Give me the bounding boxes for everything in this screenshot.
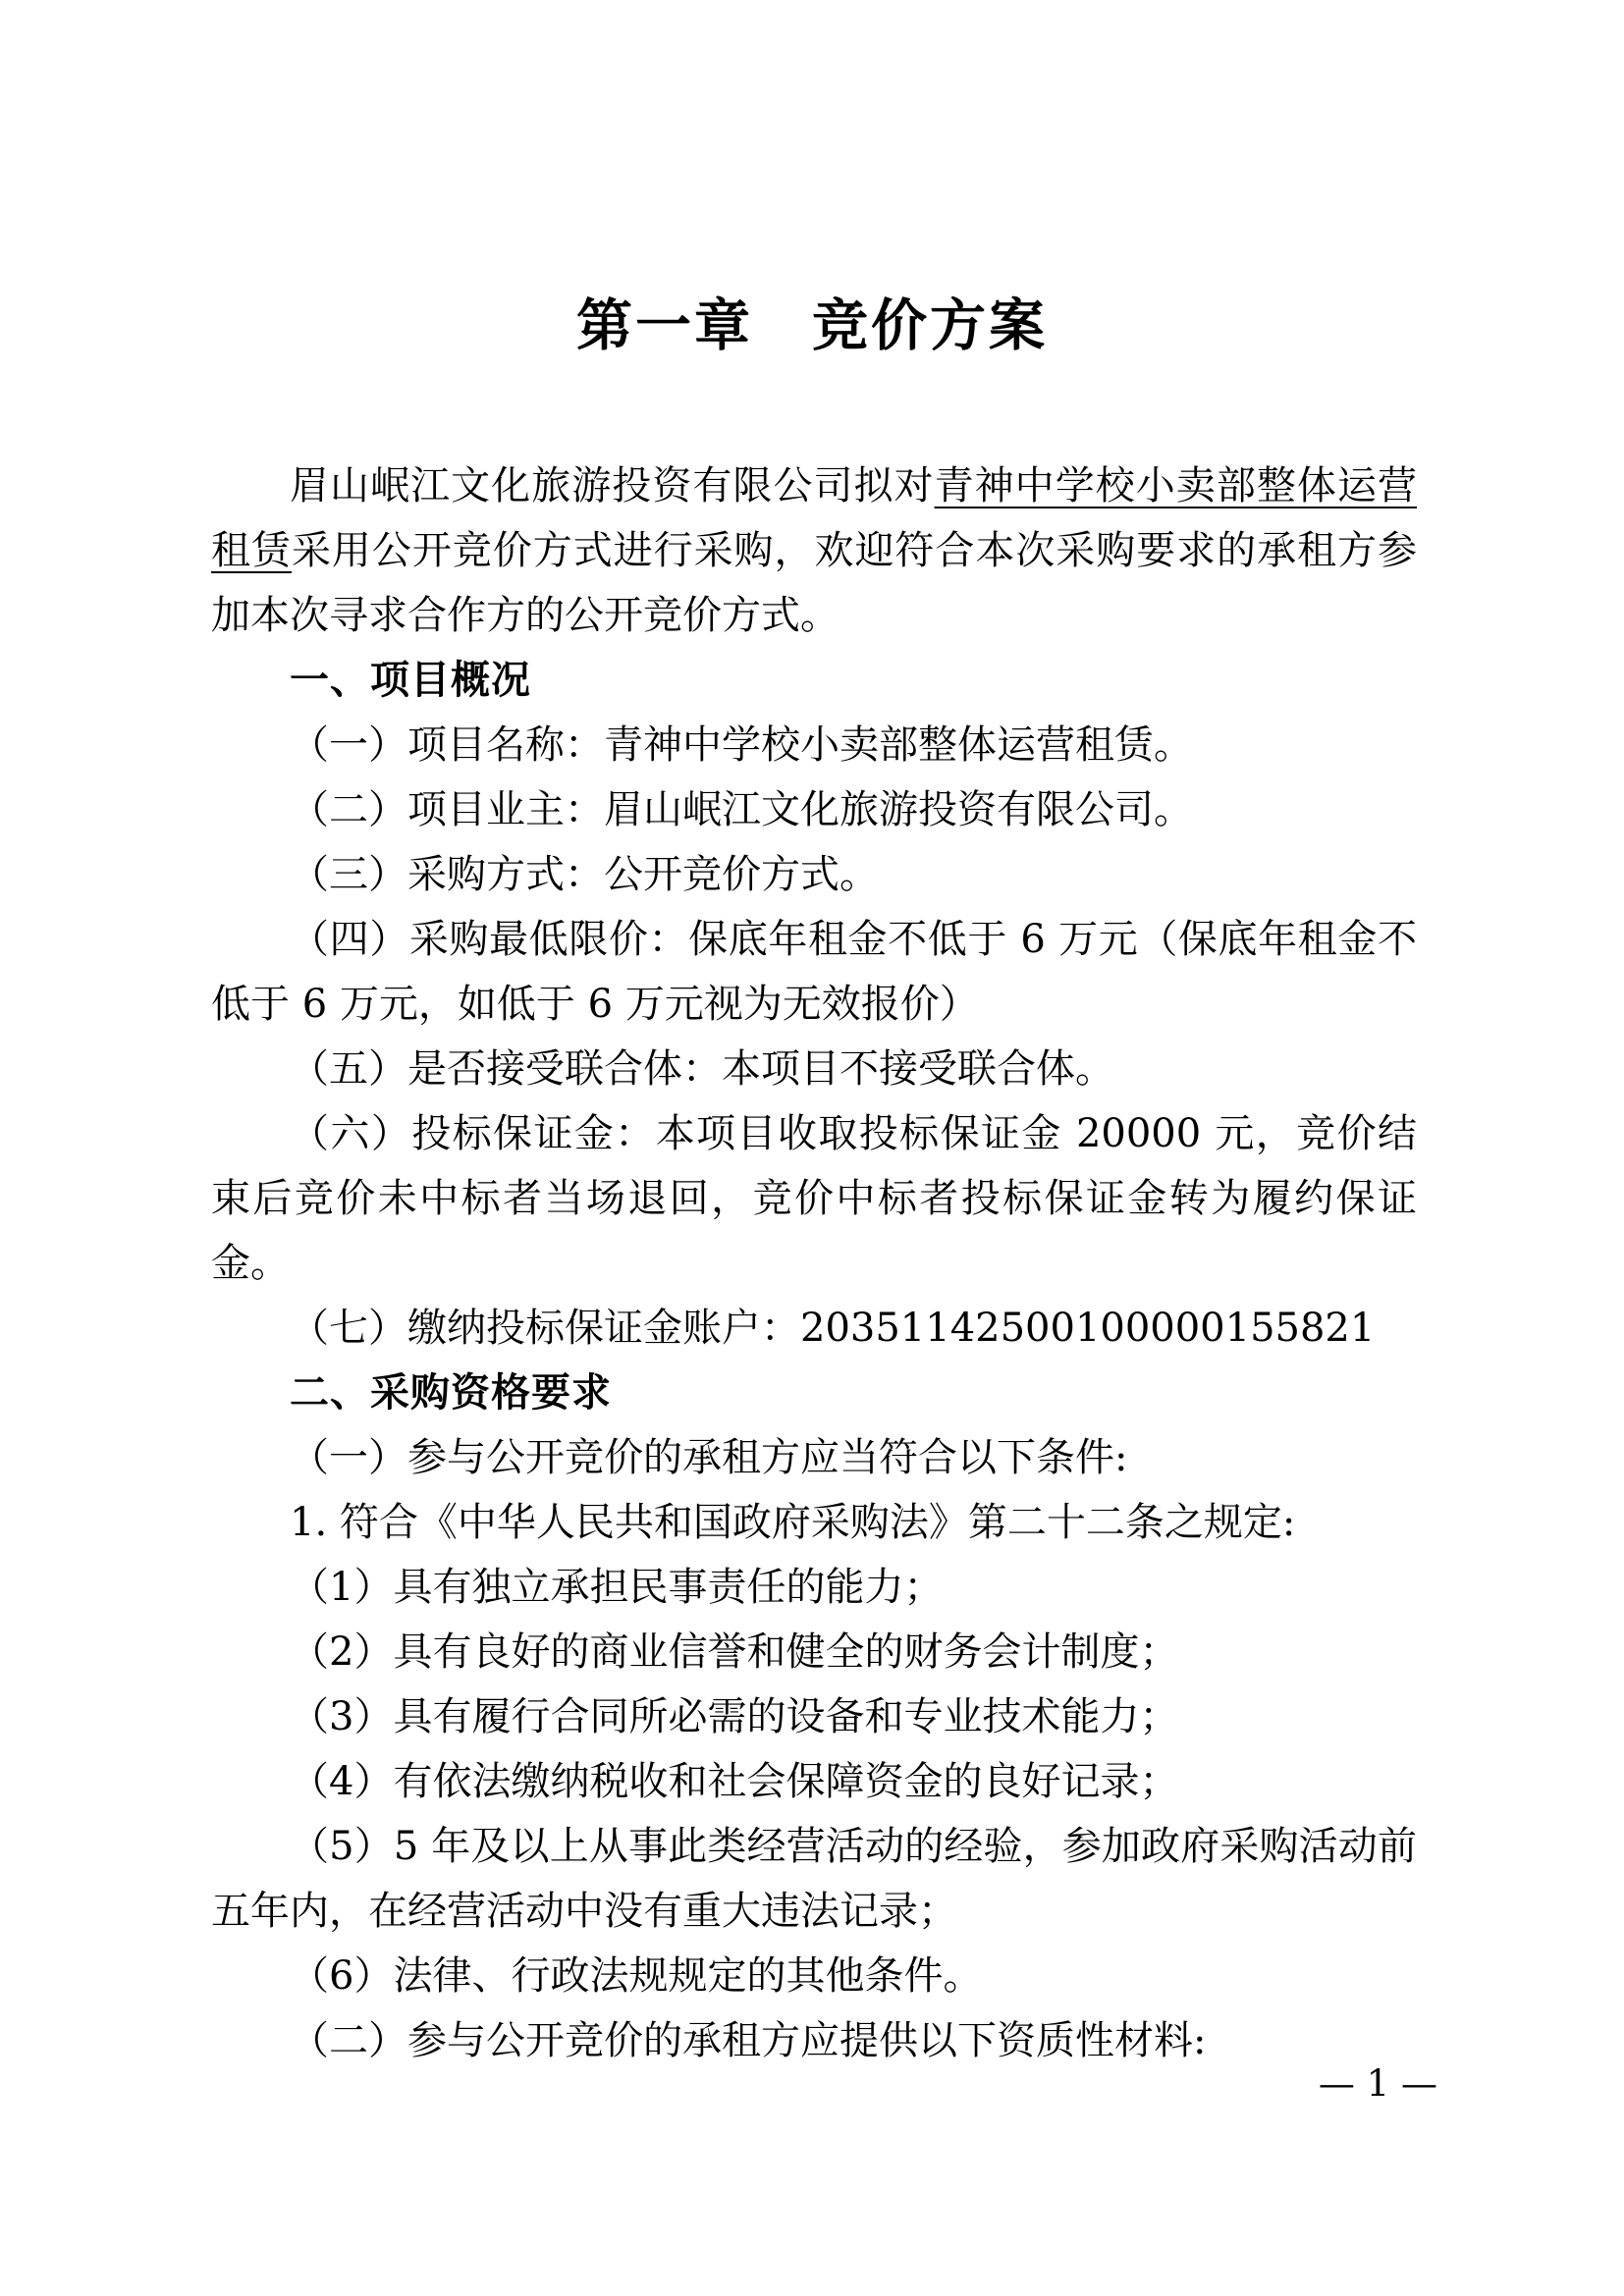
page-number: — 1 — — [1319, 2059, 1437, 2109]
section-2-item-condition-4: （4）有依法缴纳税收和社会保障资金的良好记录； — [211, 1749, 1417, 1814]
section-2-item-materials-intro: （二）参与公开竞价的承租方应提供以下资质性材料: — [211, 2008, 1417, 2073]
section-2-item-condition-1: （1）具有独立承担民事责任的能力； — [211, 1555, 1417, 1620]
section-2-item-law-article-22: 1. 符合《中华人民共和国政府采购法》第二十二条之规定: — [211, 1490, 1417, 1555]
section-1-item-project-name: （一）项目名称：青神中学校小卖部整体运营租赁。 — [211, 713, 1417, 777]
section-2-heading: 二、采购资格要求 — [211, 1361, 1417, 1425]
section-2-item-condition-2: （2）具有良好的商业信誉和健全的财务会计制度； — [211, 1620, 1417, 1684]
document-title: 第一章 竞价方案 — [0, 287, 1624, 365]
section-1-item-deposit-account: （七）缴纳投标保证金账户：20351142500100000155821 — [211, 1296, 1417, 1361]
section-1-heading: 一、项目概况 — [211, 648, 1417, 713]
section-1-item-consortium: （五）是否接受联合体：本项目不接受联合体。 — [211, 1037, 1417, 1101]
intro-text-after-underline: 采用公开竞价方式进行采购，欢迎符合本次采购要求的承租方参加本次寻求合作方的公开竞… — [211, 528, 1417, 638]
intro-paragraph: 眉山岷江文化旅游投资有限公司拟对青神中学校小卖部整体运营租赁采用公开竞价方式进行… — [211, 454, 1417, 648]
intro-text-before-underline: 眉山岷江文化旅游投资有限公司拟对 — [290, 463, 935, 508]
section-1-item-project-owner: （二）项目业主：眉山岷江文化旅游投资有限公司。 — [211, 777, 1417, 842]
section-1-item-procurement-method: （三）采购方式：公开竞价方式。 — [211, 842, 1417, 907]
section-2-item-conditions-intro: （一）参与公开竞价的承租方应当符合以下条件: — [211, 1425, 1417, 1490]
document-page: 第一章 竞价方案 眉山岷江文化旅游投资有限公司拟对青神中学校小卖部整体运营租赁采… — [0, 0, 1624, 2296]
section-2-item-condition-3: （3）具有履行合同所必需的设备和专业技术能力； — [211, 1684, 1417, 1749]
section-2-item-condition-5: （5）5 年及以上从事此类经营活动的经验，参加政府采购活动前五年内，在经营活动中… — [211, 1814, 1417, 1944]
section-2-item-condition-6: （6）法律、行政法规规定的其他条件。 — [211, 1944, 1417, 2008]
section-1-item-minimum-price: （四）采购最低限价：保底年租金不低于 6 万元（保底年租金不低于 6 万元，如低… — [211, 907, 1417, 1037]
document-body: 眉山岷江文化旅游投资有限公司拟对青神中学校小卖部整体运营租赁采用公开竞价方式进行… — [211, 454, 1417, 2073]
section-1-item-bid-deposit: （六）投标保证金：本项目收取投标保证金 20000 元，竞价结束后竞价未中标者当… — [211, 1101, 1417, 1296]
